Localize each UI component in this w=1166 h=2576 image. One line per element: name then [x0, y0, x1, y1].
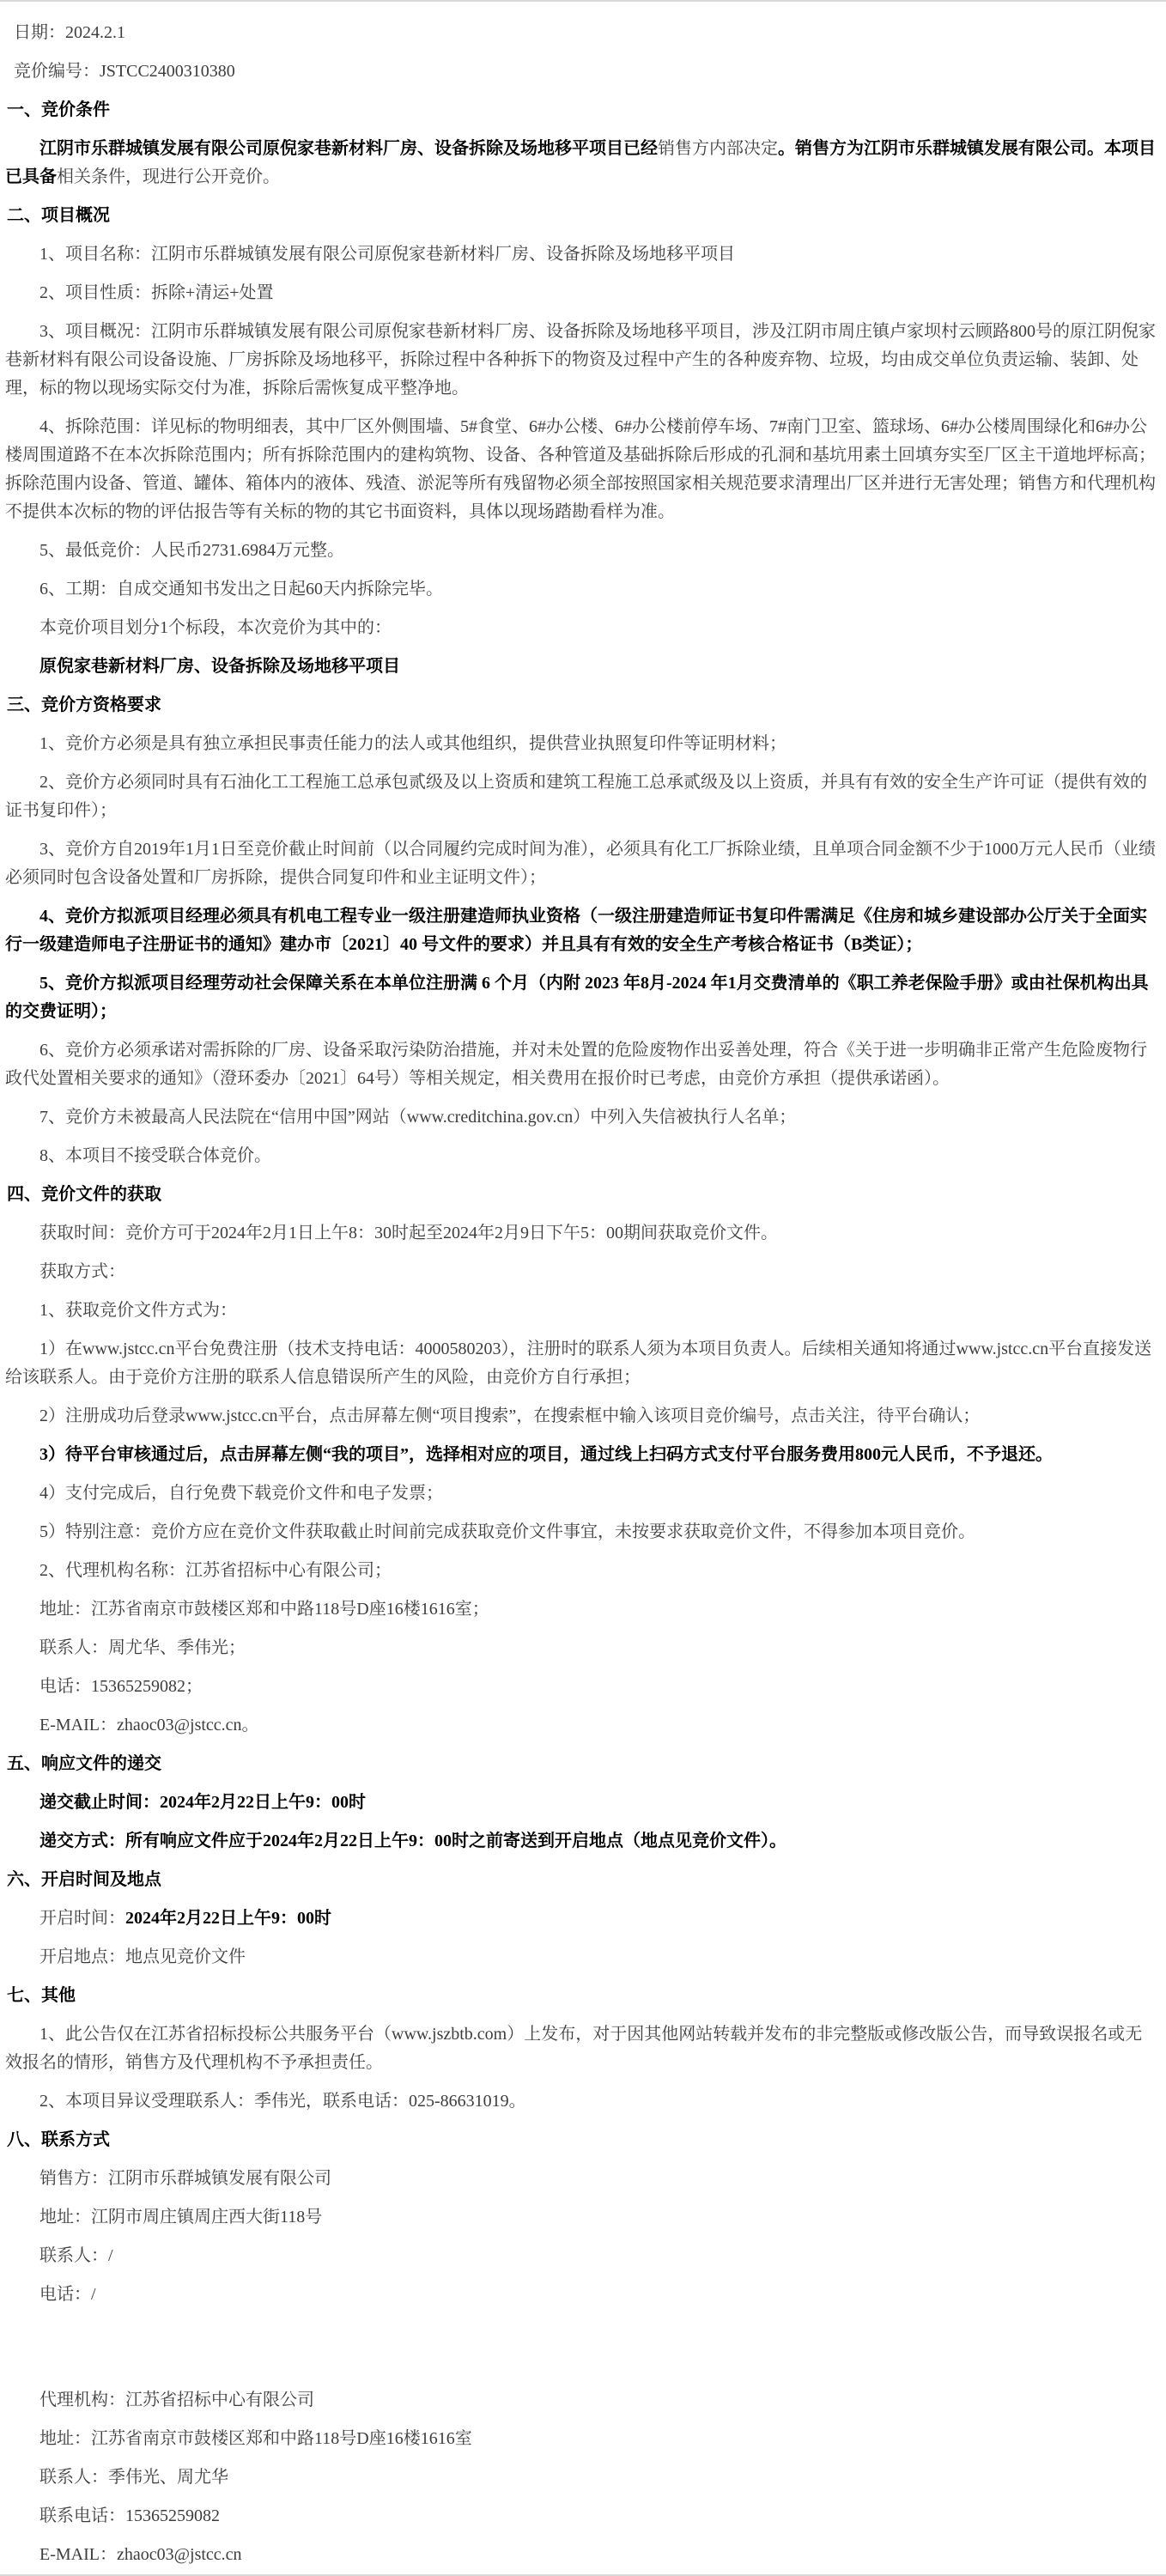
text-run: 获取时间：竞价方可于2024年2月1日上午8：30时起至2024年2月9日下午5… [39, 1224, 778, 1242]
paragraph: 6、竞价方必须承诺对需拆除的厂房、设备采取污染防治措施，并对未处置的危险废物作出… [5, 1036, 1159, 1093]
bold-text-run: 一、竞价条件 [7, 100, 110, 119]
bold-text-run: 5、竞价方拟派项目经理劳动社会保障关系在本单位注册满 6 个月（内附 2023 … [5, 974, 1149, 1021]
paragraph: E-MAIL：zhaoc03@jstcc.cn。 [5, 1711, 1159, 1740]
text-run: 电话：15365259082； [39, 1677, 203, 1696]
paragraph: 开启地点：地点见竞价文件 [5, 1943, 1159, 1971]
text-run: 6、竞价方必须承诺对需拆除的厂房、设备采取污染防治措施，并对未处置的危险废物作出… [5, 1041, 1147, 1088]
section-heading: 五、响应文件的递交 [5, 1750, 1159, 1778]
text-run: 1）在www.jstcc.cn平台免费注册（技术支持电话：4000580203）… [5, 1340, 1151, 1387]
bold-text-run: 江阴市乐群城镇发展有限公司原倪家巷新材料厂房、设备拆除及场地移平项目已经 [39, 139, 658, 158]
paragraph: 1、此公告仅在江苏省招标投标公共服务平台（www.jszbtb.com）上发布，… [5, 2020, 1159, 2077]
paragraph: 7、竞价方未被最高人民法院在“信用中国”网站（www.creditchina.g… [5, 1103, 1159, 1132]
paragraph: 联系电话：15365259082 [5, 2502, 1159, 2530]
text-run: 6、工期：自成交通知书发出之日起60天内拆除完毕。 [39, 580, 443, 598]
paragraph: 8、本项目不接受联合体竞价。 [5, 1142, 1159, 1170]
bold-text-run: 四、竞价文件的获取 [7, 1185, 161, 1204]
paragraph: 地址：江阴市周庄镇周庄西大街118号 [5, 2203, 1159, 2232]
text-run: 2、本项目异议受理联系人：季伟光，联系电话：025-86631019。 [39, 2092, 526, 2111]
text-run: 相关条件，现进行公开竞价。 [57, 167, 280, 186]
text-run: 开启时间： [39, 1909, 125, 1928]
paragraph: 2）注册成功后登录www.jstcc.cn平台，点击屏幕左侧“项目搜索”，在搜索… [5, 1402, 1159, 1431]
paragraph: 代理机构：江苏省招标中心有限公司 [5, 2386, 1159, 2415]
bold-text-run: 二、项目概况 [7, 206, 110, 225]
paragraph: 联系人：周尤华、季伟光； [5, 1634, 1159, 1662]
paragraph: 1、竞价方必须是具有独立承担民事责任能力的法人或其他组织，提供营业执照复印件等证… [5, 730, 1159, 758]
text-run: 联系人：季伟光、周尤华 [39, 2468, 228, 2487]
paragraph: 地址：江苏省南京市鼓楼区郑和中路118号D座16楼1616室 [5, 2425, 1159, 2453]
paragraph: 本竞价项目划分1个标段，本次竞价为其中的： [5, 614, 1159, 642]
paragraph: 递交方式：所有响应文件应于2024年2月22日上午9：00时之前寄送到开启地点（… [5, 1827, 1159, 1856]
text-run: 2、竞价方必须同时具有石油化工工程施工总承包贰级及以上资质和建筑工程施工总承贰级… [5, 773, 1147, 820]
text-run: 销售方内部决定 [658, 139, 778, 158]
text-run: 1、竞价方必须是具有独立承担民事责任能力的法人或其他组织，提供营业执照复印件等证… [39, 734, 786, 753]
paragraph: 5、竞价方拟派项目经理劳动社会保障关系在本单位注册满 6 个月（内附 2023 … [5, 969, 1159, 1026]
text-run: 竞价编号：JSTCC2400310380 [14, 62, 235, 81]
paragraph: 递交截止时间：2024年2月22日上午9：00时 [5, 1789, 1159, 1817]
paragraph: 5、最低竞价：人民币2731.6984万元整。 [5, 537, 1159, 565]
text-run: 联系人：/ [39, 2246, 113, 2265]
paragraph: 3、项目概况：江阴市乐群城镇发展有限公司原倪家巷新材料厂房、设备拆除及场地移平项… [5, 318, 1159, 403]
text-run: 获取方式： [39, 1262, 125, 1281]
paragraph: 2、本项目异议受理联系人：季伟光，联系电话：025-86631019。 [5, 2087, 1159, 2116]
paragraph: 1、获取竞价文件方式为： [5, 1297, 1159, 1325]
paragraph: 4、竞价方拟派项目经理必须具有机电工程专业一级注册建造师执业资格（一级注册建造师… [5, 902, 1159, 959]
section-heading: 七、其他 [5, 1982, 1159, 2010]
bold-text-run: 六、开启时间及地点 [7, 1870, 161, 1889]
text-run: 3、竞价方自2019年1月1日至竞价截止时间前（以合同履约完成时间为准），必须具… [5, 840, 1156, 887]
text-run: 地址：江阴市周庄镇周庄西大街118号 [39, 2208, 322, 2227]
text-run: E-MAIL：zhaoc03@jstcc.cn。 [39, 1716, 259, 1735]
paragraph: 联系人：/ [5, 2242, 1159, 2270]
text-run: 1、此公告仅在江苏省招标投标公共服务平台（www.jszbtb.com）上发布，… [5, 2025, 1142, 2072]
text-run: 7、竞价方未被最高人民法院在“信用中国”网站（www.creditchina.g… [39, 1108, 796, 1127]
bold-text-run: 原倪家巷新材料厂房、设备拆除及场地移平项目 [39, 657, 400, 676]
text-run: 开启地点：地点见竞价文件 [39, 1947, 246, 1966]
paragraph: 原倪家巷新材料厂房、设备拆除及场地移平项目 [5, 653, 1159, 681]
paragraph: 联系人：季伟光、周尤华 [5, 2464, 1159, 2492]
text-run: E-MAIL：zhaoc03@jstcc.cn [39, 2545, 242, 2564]
paragraph: 电话：/ [5, 2281, 1159, 2309]
bold-text-run: 七、其他 [7, 1986, 76, 2005]
spacer [5, 2319, 1159, 2376]
paragraph: 4、拆除范围：详见标的物明细表，其中厂区外侧围墙、5#食堂、6#办公楼、6#办公… [5, 413, 1159, 526]
paragraph: 开启时间：2024年2月22日上午9：00时 [5, 1905, 1159, 1933]
text-run: 3、项目概况：江阴市乐群城镇发展有限公司原倪家巷新材料厂房、设备拆除及场地移平项… [5, 322, 1156, 398]
bold-text-run: 八、联系方式 [7, 2130, 110, 2149]
section-heading: 三、竞价方资格要求 [5, 691, 1159, 720]
meta-line: 竞价编号：JSTCC2400310380 [5, 58, 1159, 86]
paragraph: 销售方：江阴市乐群城镇发展有限公司 [5, 2165, 1159, 2193]
bold-text-run: 3）待平台审核通过后，点击屏幕左侧“我的项目”，选择相对应的项目，通过线上扫码方… [39, 1445, 1053, 1464]
paragraph: 1）在www.jstcc.cn平台免费注册（技术支持电话：4000580203）… [5, 1335, 1159, 1392]
paragraph: 5）特别注意：竞价方应在竞价文件获取截止时间前完成获取竞价文件事宜，未按要求获取… [5, 1518, 1159, 1546]
bold-text-run: 三、竞价方资格要求 [7, 696, 161, 714]
bold-text-run: 递交方式：所有响应文件应于2024年2月22日上午9：00时之前寄送到开启地点（… [39, 1832, 786, 1850]
document-body: 日期：2024.2.1竞价编号：JSTCC2400310380一、竞价条件江阴市… [5, 19, 1159, 2569]
bold-text-run: 五、响应文件的递交 [7, 1754, 161, 1773]
paragraph: E-MAIL：zhaoc03@jstcc.cn [5, 2541, 1159, 2569]
paragraph: 获取方式： [5, 1258, 1159, 1286]
announcement-document: 日期：2024.2.1竞价编号：JSTCC2400310380一、竞价条件江阴市… [0, 0, 1166, 2576]
text-run: 5、最低竞价：人民币2731.6984万元整。 [39, 541, 344, 560]
text-run: 本竞价项目划分1个标段，本次竞价为其中的： [39, 618, 392, 637]
text-run: 联系人：周尤华、季伟光； [39, 1638, 246, 1657]
bold-text-run: 递交截止时间：2024年2月22日上午9：00时 [39, 1793, 366, 1812]
section-heading: 八、联系方式 [5, 2126, 1159, 2154]
paragraph: 6、工期：自成交通知书发出之日起60天内拆除完毕。 [5, 575, 1159, 604]
text-run: 1、获取竞价文件方式为： [39, 1301, 237, 1320]
paragraph: 2、代理机构名称：江苏省招标中心有限公司； [5, 1557, 1159, 1585]
text-run: 8、本项目不接受联合体竞价。 [39, 1146, 271, 1165]
text-run: 日期：2024.2.1 [14, 23, 125, 42]
text-run: 5）特别注意：竞价方应在竞价文件获取截止时间前完成获取竞价文件事宜，未按要求获取… [39, 1522, 975, 1541]
section-heading: 一、竞价条件 [5, 96, 1159, 125]
section-heading: 二、项目概况 [5, 202, 1159, 230]
paragraph: 3）待平台审核通过后，点击屏幕左侧“我的项目”，选择相对应的项目，通过线上扫码方… [5, 1441, 1159, 1469]
text-run: 销售方：江阴市乐群城镇发展有限公司 [39, 2169, 331, 2188]
bold-text-run: 2024年2月22日上午9：00时 [125, 1909, 331, 1928]
paragraph: 4）支付完成后，自行免费下载竞价文件和电子发票； [5, 1479, 1159, 1508]
meta-line: 日期：2024.2.1 [5, 19, 1159, 47]
text-run: 2、项目性质：拆除+清运+处置 [39, 283, 274, 302]
text-run: 2）注册成功后登录www.jstcc.cn平台，点击屏幕左侧“项目搜索”，在搜索… [39, 1406, 980, 1425]
bold-text-run: 4、竞价方拟派项目经理必须具有机电工程专业一级注册建造师执业资格（一级注册建造师… [5, 907, 1147, 954]
text-run: 联系电话：15365259082 [39, 2506, 220, 2525]
paragraph: 1、项目名称：江阴市乐群城镇发展有限公司原倪家巷新材料厂房、设备拆除及场地移平项… [5, 240, 1159, 269]
text-run: 地址：江苏省南京市鼓楼区郑和中路118号D座16楼1616室； [39, 1600, 489, 1619]
text-run: 代理机构：江苏省招标中心有限公司 [39, 2391, 314, 2409]
paragraph: 地址：江苏省南京市鼓楼区郑和中路118号D座16楼1616室； [5, 1595, 1159, 1624]
paragraph: 2、竞价方必须同时具有石油化工工程施工总承包贰级及以上资质和建筑工程施工总承贰级… [5, 769, 1159, 825]
text-run: 1、项目名称：江阴市乐群城镇发展有限公司原倪家巷新材料厂房、设备拆除及场地移平项… [39, 245, 735, 264]
section-heading: 四、竞价文件的获取 [5, 1181, 1159, 1209]
section-heading: 六、开启时间及地点 [5, 1866, 1159, 1894]
text-run: 电话：/ [39, 2285, 96, 2304]
paragraph: 获取时间：竞价方可于2024年2月1日上午8：30时起至2024年2月9日下午5… [5, 1219, 1159, 1248]
paragraph: 2、项目性质：拆除+清运+处置 [5, 279, 1159, 307]
text-run: 地址：江苏省南京市鼓楼区郑和中路118号D座16楼1616室 [39, 2429, 472, 2448]
text-run: 4、拆除范围：详见标的物明细表，其中厂区外侧围墙、5#食堂、6#办公楼、6#办公… [5, 417, 1156, 521]
paragraph: 3、竞价方自2019年1月1日至竞价截止时间前（以合同履约完成时间为准），必须具… [5, 835, 1159, 892]
paragraph: 电话：15365259082； [5, 1673, 1159, 1701]
text-run: 4）支付完成后，自行免费下载竞价文件和电子发票； [39, 1484, 443, 1503]
text-run: 2、代理机构名称：江苏省招标中心有限公司； [39, 1561, 392, 1580]
paragraph: 江阴市乐群城镇发展有限公司原倪家巷新材料厂房、设备拆除及场地移平项目已经销售方内… [5, 135, 1159, 191]
